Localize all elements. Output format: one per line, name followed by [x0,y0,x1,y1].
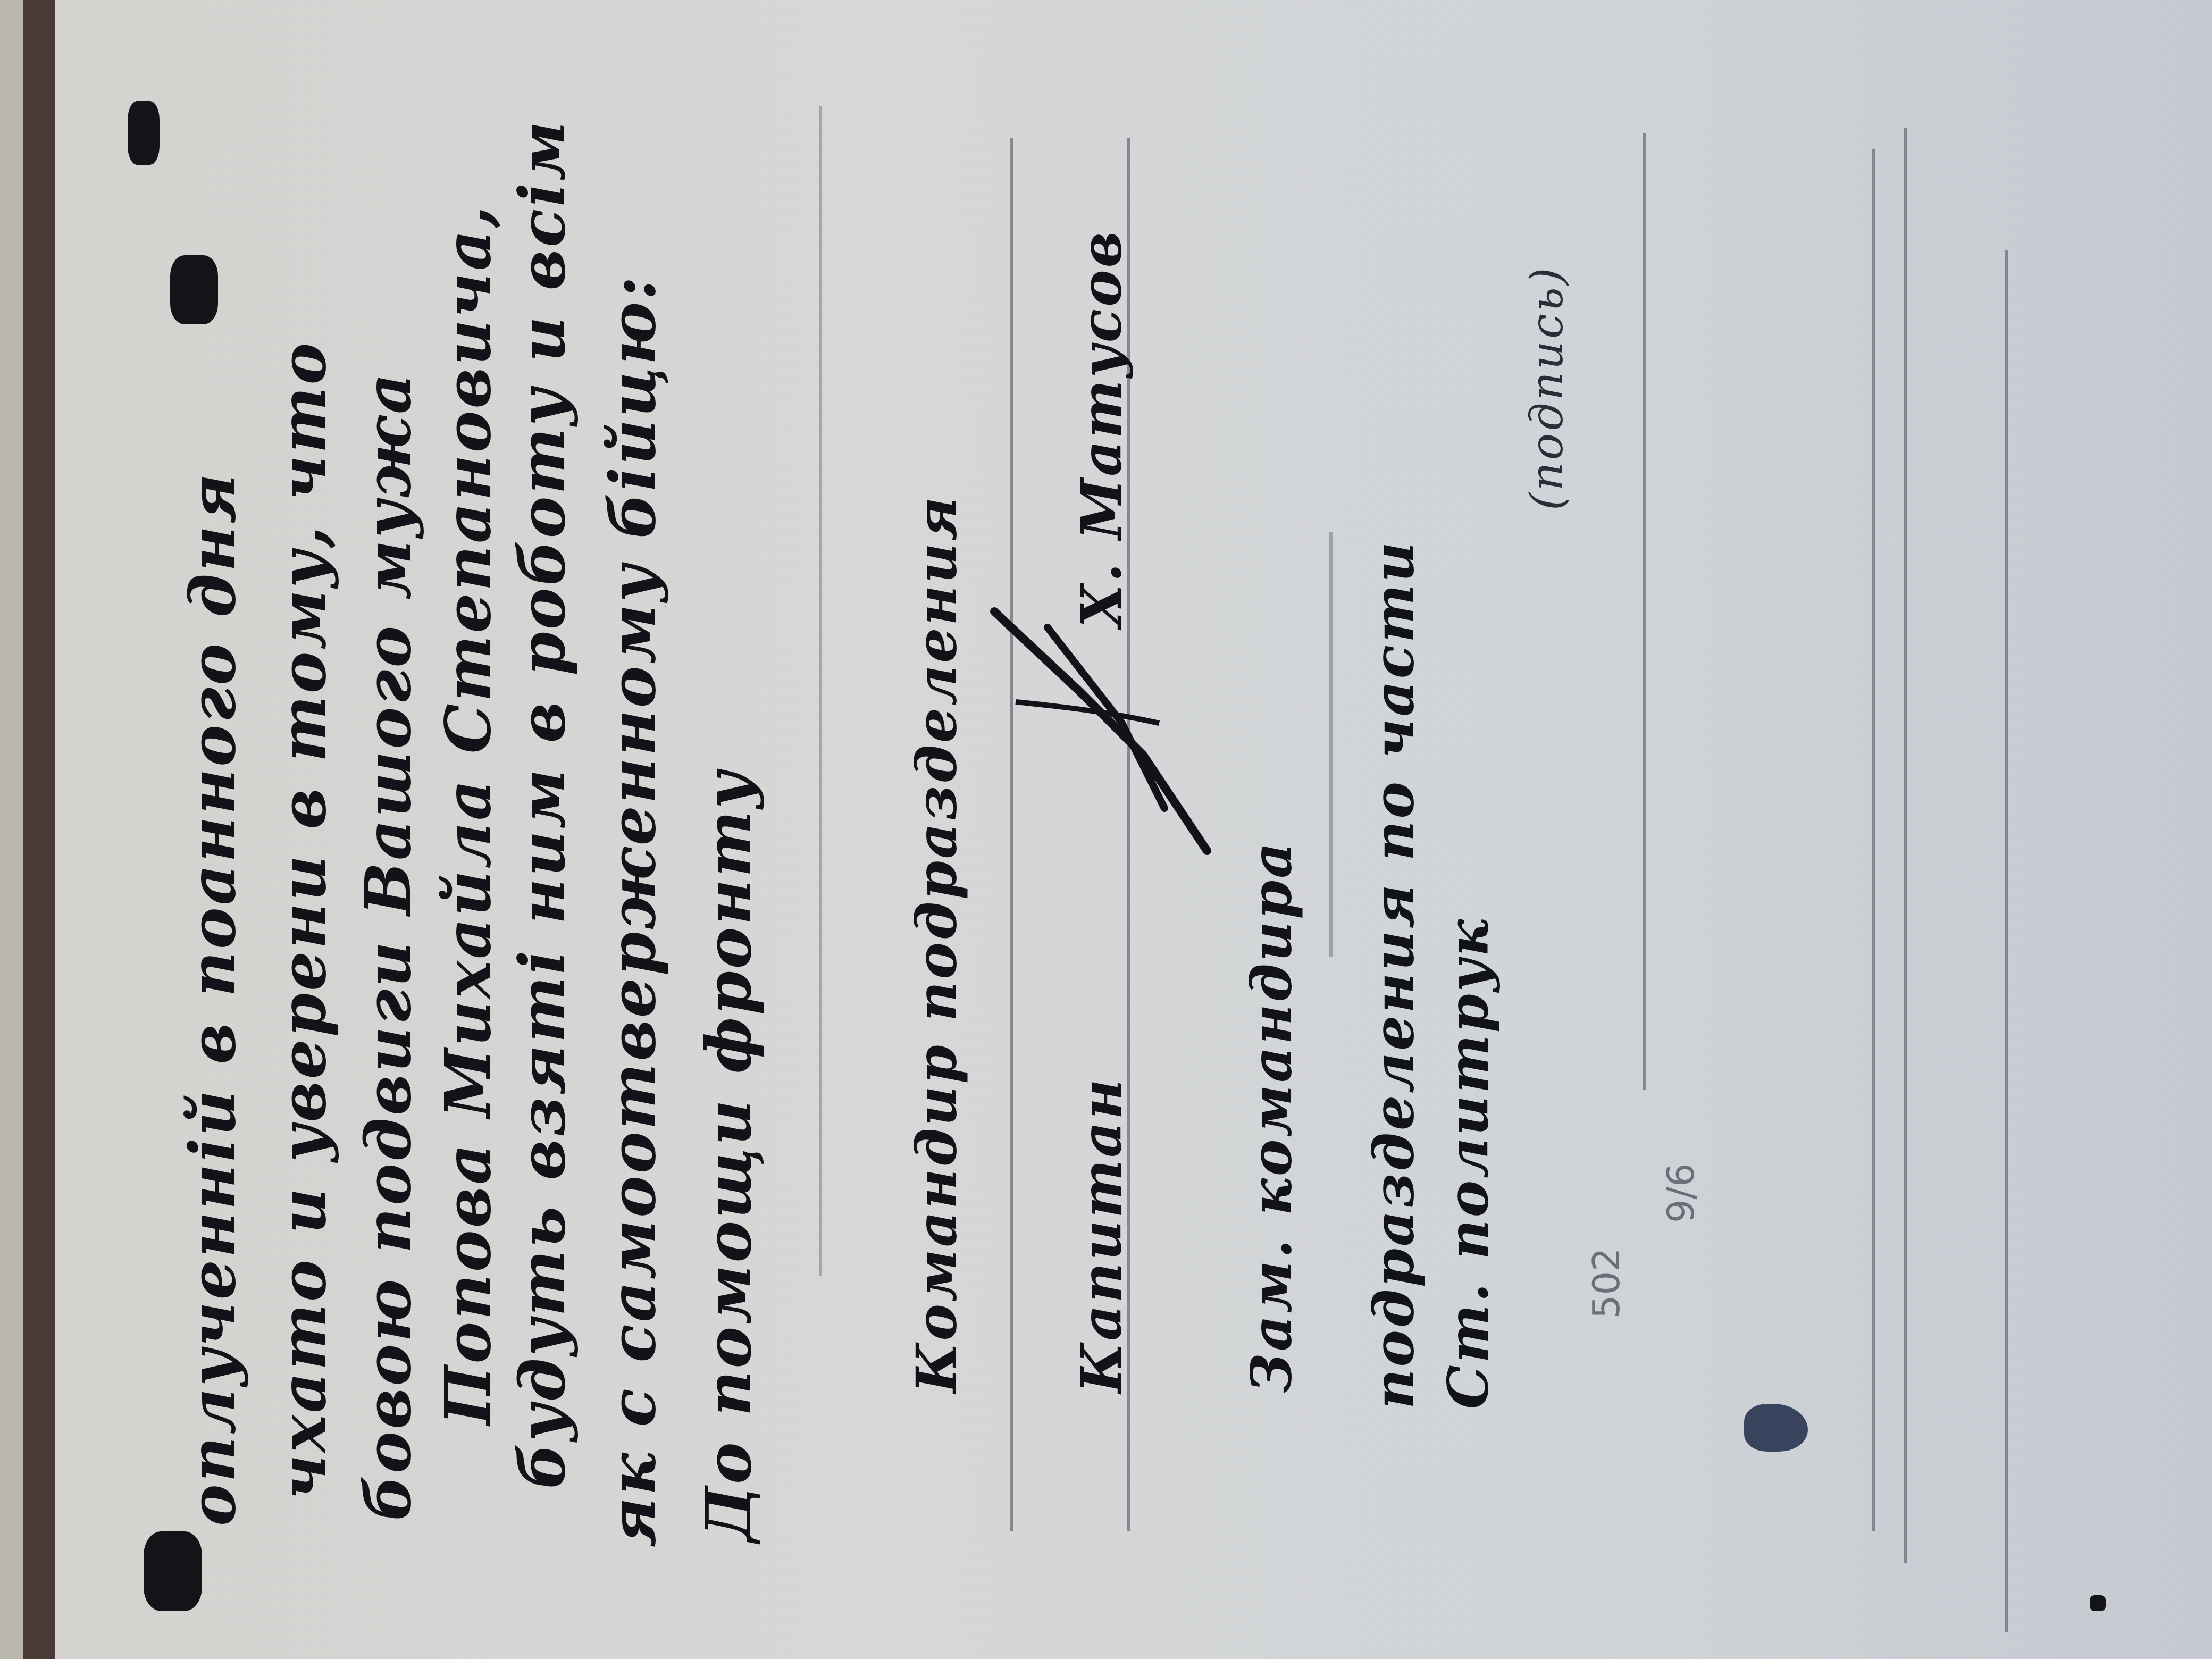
ink-smudge [170,255,218,324]
ruling-line [1643,133,1646,1090]
ink-smudge [144,1531,202,1611]
politruk-label: Ст. политрук [1436,917,1501,1409]
commander-title: Командир подразделения [904,495,969,1393]
body-line-7: До помощи фронту [691,769,765,1542]
ruling-line [819,106,822,1276]
ink-smudge [128,101,160,165]
captain-signature-icon [984,532,1250,904]
body-line-3: бовою подвиги Вашого мужа [351,371,425,1521]
deputy-label: Зам. командира [1239,840,1304,1393]
deputy-unit: подразделения по части [1361,540,1427,1409]
signature-note: (подпись) [1521,266,1573,510]
faint-number: 502 [1585,1247,1628,1319]
body-line-1: оплученнiй в поанного дня [175,472,249,1526]
ink-stain [1744,1404,1808,1452]
body-line-6: як с самоотверженному бiйцю: [596,274,669,1547]
faint-number: 9/6 [1659,1163,1703,1223]
captain-label: Капитан [1069,1077,1134,1393]
left-margin [0,0,23,1659]
left-border-bar [23,0,55,1659]
body-line-4: Попова Михайла Степановича, [431,204,505,1425]
body-line-2: чхато и уверени в тому, что [266,341,340,1499]
scanned-document-page: оплученнiй в поанного дня чхато и уверен… [0,0,2212,1659]
body-line-5: будуть взятi ним в роботу и всiм [505,119,579,1489]
ruling-line [1904,128,1907,1563]
ruling-line [1329,532,1333,957]
ruling-line [2005,250,2008,1632]
ruling-line [1872,149,1875,1531]
